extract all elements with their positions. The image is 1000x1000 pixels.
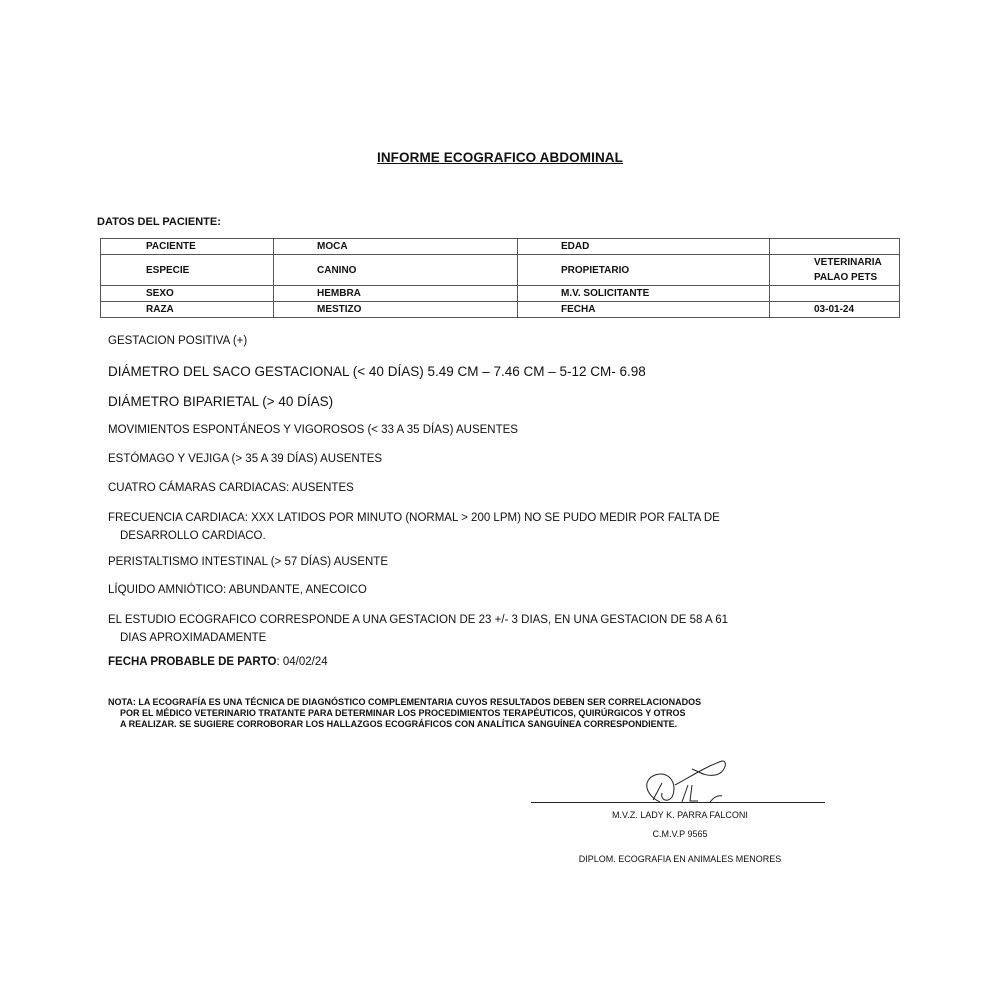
field-label: PROPIETARIO: [518, 255, 770, 286]
table-row: ESPECIE CANINO PROPIETARIO VETERINARIA P…: [101, 255, 900, 286]
vet-name: M.V.Z. LADY K. PARRA FALCONI: [520, 810, 840, 820]
field-value: MOCA: [274, 239, 518, 255]
field-label: FECHA: [518, 302, 770, 318]
field-value: VETERINARIA PALAO PETS: [770, 255, 900, 286]
finding-biparietal: DIÁMETRO BIPARIETAL (> 40 DÍAS): [108, 394, 333, 409]
nota-line-1: NOTA: LA ECOGRAFÍA ES UNA TÉCNICA DE DIA…: [108, 697, 888, 708]
field-value: MESTIZO: [274, 302, 518, 318]
fecha-parto-value: : 04/02/24: [276, 656, 327, 668]
table-row: SEXO HEMBRA M.V. SOLICITANTE: [101, 286, 900, 302]
estudio-line-2: DIAS APROXIMADAMENTE: [108, 629, 883, 647]
finding-movimientos: MOVIMIENTOS ESPONTÁNEOS Y VIGOROSOS (< 3…: [108, 424, 518, 436]
fecha-probable-parto: FECHA PROBABLE DE PARTO: 04/02/24: [108, 656, 328, 668]
nota-line-3: A REALIZAR. SE SUGIERE CORROBORAR LOS HA…: [108, 719, 888, 730]
finding-estomago: ESTÓMAGO Y VEJIGA (> 35 A 39 DÍAS) AUSEN…: [108, 453, 382, 465]
field-value: [770, 239, 900, 255]
field-value: [770, 286, 900, 302]
field-label: RAZA: [101, 302, 274, 318]
finding-camaras: CUATRO CÁMARAS CARDIACAS: AUSENTES: [108, 482, 354, 494]
field-value: HEMBRA: [274, 286, 518, 302]
table-row: RAZA MESTIZO FECHA 03-01-24: [101, 302, 900, 318]
field-value: CANINO: [274, 255, 518, 286]
signature-line: [531, 802, 825, 803]
finding-liquido: LÍQUIDO AMNIÓTICO: ABUNDANTE, ANECOICO: [108, 584, 367, 596]
nota-line-2: POR EL MÉDICO VETERINARIO TRATANTE PARA …: [108, 708, 888, 719]
finding-peristaltismo: PERISTALTISMO INTESTINAL (> 57 DÍAS) AUS…: [108, 556, 388, 568]
field-label: M.V. SOLICITANTE: [518, 286, 770, 302]
vet-license: C.M.V.P 9565: [520, 829, 840, 839]
patient-data-table: PACIENTE MOCA EDAD ESPECIE CANINO PROPIE…: [100, 238, 900, 318]
finding-estudio: EL ESTUDIO ECOGRAFICO CORRESPONDE A UNA …: [108, 611, 883, 647]
field-label: ESPECIE: [101, 255, 274, 286]
field-value: 03-01-24: [770, 302, 900, 318]
finding-gestacion: GESTACION POSITIVA (+): [108, 335, 247, 347]
field-label: SEXO: [101, 286, 274, 302]
finding-saco-gestacional: DIÁMETRO DEL SACO GESTACIONAL (< 40 DÍAS…: [108, 364, 646, 379]
frecuencia-line-1: FRECUENCIA CARDIACA: XXX LATIDOS POR MIN…: [108, 509, 883, 527]
disclaimer-note: NOTA: LA ECOGRAFÍA ES UNA TÉCNICA DE DIA…: [108, 697, 888, 730]
patient-section-label: DATOS DEL PACIENTE:: [97, 216, 221, 228]
report-title: INFORME ECOGRAFICO ABDOMINAL: [0, 150, 1000, 165]
fecha-parto-label: FECHA PROBABLE DE PARTO: [108, 656, 276, 668]
table-row: PACIENTE MOCA EDAD: [101, 239, 900, 255]
vet-diploma: DIPLOM. ECOGRAFIA EN ANIMALES MENORES: [520, 854, 840, 864]
finding-frecuencia: FRECUENCIA CARDIACA: XXX LATIDOS POR MIN…: [108, 509, 883, 545]
frecuencia-line-2: DESARROLLO CARDIACO.: [108, 527, 883, 545]
field-label: EDAD: [518, 239, 770, 255]
field-label: PACIENTE: [101, 239, 274, 255]
estudio-line-1: EL ESTUDIO ECOGRAFICO CORRESPONDE A UNA …: [108, 611, 883, 629]
